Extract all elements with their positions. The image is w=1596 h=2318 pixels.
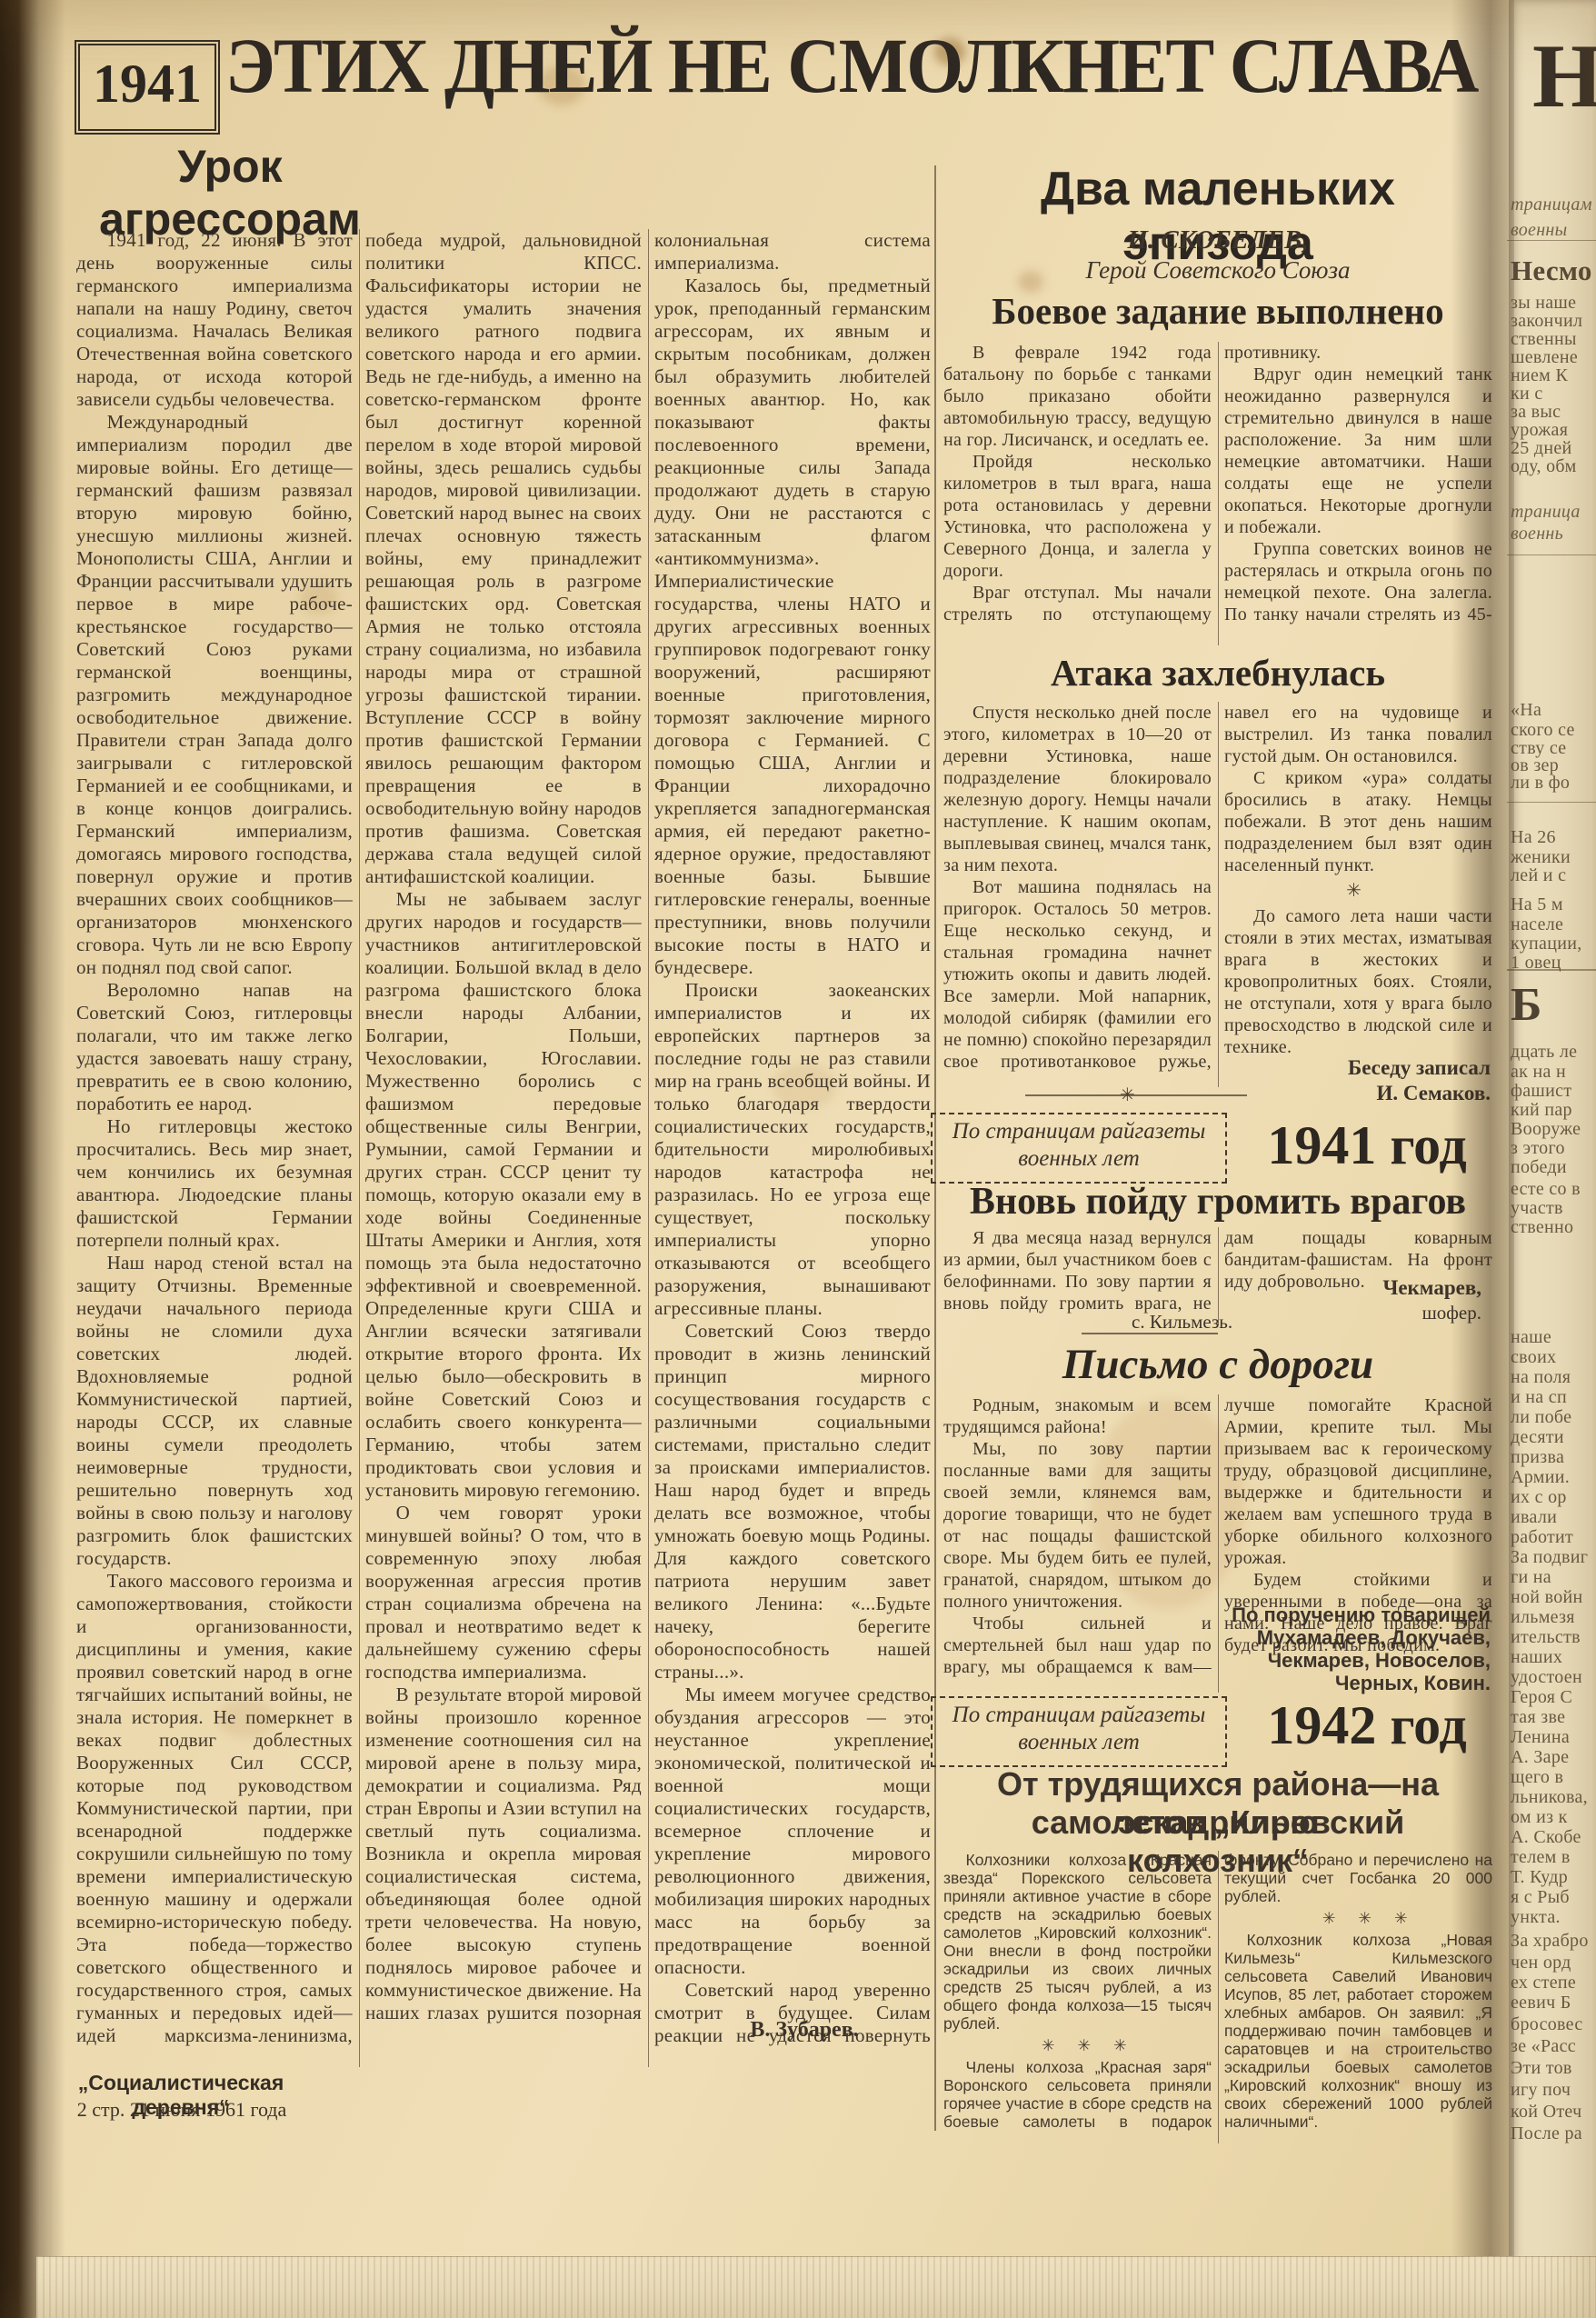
byline-author-title: Герой Советского Союза bbox=[943, 256, 1492, 285]
paragraph: 1941 год, 22 июня. В этот день вооруженн… bbox=[76, 229, 353, 411]
next-page-text-fragment: я с Рыб bbox=[1511, 1887, 1570, 1908]
paragraph: Мы, по зову партии посланные вами для за… bbox=[943, 1438, 1212, 1613]
main-headline: ЭТИХ ДНЕЙ НЕ СМОЛКНЕТ СЛАВА bbox=[225, 20, 1421, 111]
next-page-text-fragment: Ленина bbox=[1511, 1727, 1570, 1748]
section-body-columns: Спустя несколько дней после этого, килом… bbox=[943, 702, 1492, 1087]
rubric-line-1: По страницам райгазеты bbox=[933, 1702, 1225, 1729]
next-page-text-fragment: еевич Б bbox=[1511, 1993, 1571, 2013]
signoff-names: Мухамадеев, Докучаев,Чекмарев, Новоселов… bbox=[1209, 1626, 1491, 1694]
book-spine-shadow bbox=[0, 0, 65, 2318]
next-page-text-fragment: десяти bbox=[1511, 1427, 1564, 1448]
next-page-text-fragment: купации, bbox=[1511, 934, 1582, 954]
article-body-columns: Колхозники колхоза „Красная звезда“ Поре… bbox=[943, 1851, 1492, 2143]
next-page-text-fragment: ли в фо bbox=[1511, 773, 1570, 794]
next-page-text-fragment: военнь bbox=[1511, 524, 1563, 545]
next-page-text-fragment: фашист bbox=[1511, 1081, 1571, 1102]
collective-signature: По поручению товарищей Мухамадеев, Докуч… bbox=[1209, 1604, 1491, 1694]
next-page-text-fragment: бросовес bbox=[1511, 2014, 1583, 2035]
next-page-text-fragment: Н bbox=[1532, 24, 1596, 128]
next-page-rule bbox=[1507, 555, 1596, 555]
next-page-text-fragment: кий пар bbox=[1511, 1100, 1572, 1121]
paragraph: Советский Союз твердо проводит в жизнь л… bbox=[654, 1320, 931, 1684]
next-page-text-fragment: траницам ра bbox=[1511, 195, 1596, 215]
paragraph: Казалось бы, предметный урок, преподанны… bbox=[654, 275, 931, 979]
section-heading-ataka: Атака захлебнулась bbox=[943, 651, 1492, 694]
next-page-text-fragment: призва bbox=[1511, 1447, 1564, 1468]
next-page-text-fragment: лей и с bbox=[1511, 865, 1566, 886]
next-page-text-fragment: ственно bbox=[1511, 1217, 1573, 1238]
next-page-text-fragment: Несмо bbox=[1511, 255, 1592, 287]
article-title: Вновь пойду громить врагов bbox=[943, 1180, 1492, 1224]
next-page-text-fragment: на поля bbox=[1511, 1367, 1571, 1388]
next-page-text-fragment: ной войн bbox=[1511, 1587, 1583, 1608]
paragraph: Происки заокеанских империалистов и их е… bbox=[654, 979, 931, 1320]
next-page-text-fragment: зе «Расс bbox=[1511, 2036, 1576, 2057]
year-box-1941: 1941 bbox=[75, 40, 220, 135]
paragraph: Мы не забываем заслуг других народов и г… bbox=[365, 888, 642, 1502]
next-page-text-fragment: наших bbox=[1511, 1647, 1562, 1668]
next-page-text-fragment: Б bbox=[1511, 978, 1542, 1032]
next-page-text-fragment: дцать ле bbox=[1511, 1042, 1577, 1063]
book-gutter-shadow bbox=[1451, 0, 1514, 2318]
next-page-strip: Нтраницам равоенныНесмозы нашезакончилст… bbox=[1501, 0, 1596, 2318]
next-page-text-fragment: игу поч bbox=[1511, 2080, 1571, 2101]
byline-author: И. СКОБЕЛЕВ, bbox=[943, 225, 1492, 255]
next-page-text-fragment: тая зве bbox=[1511, 1707, 1565, 1728]
next-page-text-fragment: траница bbox=[1511, 502, 1581, 523]
next-page-text-fragment: оду, обм bbox=[1511, 456, 1577, 477]
signoff-name-line: Мухамадеев, Докучаев, bbox=[1209, 1626, 1491, 1649]
next-page-text-fragment: Вооруже bbox=[1511, 1119, 1581, 1140]
paragraph: В феврале 1942 года батальону по борьбе … bbox=[943, 342, 1212, 451]
next-page-text-fragment: ивали bbox=[1511, 1507, 1557, 1528]
star-divider-rule: ✳ bbox=[1025, 1094, 1247, 1096]
star-icon: ✳ bbox=[1120, 1084, 1135, 1106]
next-page-text-fragment: «На bbox=[1511, 700, 1541, 721]
next-page-text-fragment: ги на bbox=[1511, 1567, 1551, 1588]
paragraph: Вероломно напав на Советский Союз, гитле… bbox=[76, 979, 353, 1115]
next-page-text-fragment: кой Отеч bbox=[1511, 2102, 1581, 2123]
next-page-text-fragment: льникова, bbox=[1511, 1787, 1588, 1808]
page-edges-texture bbox=[36, 2256, 1596, 2318]
paragraph: О чем говорят уроки минувшей войны? О то… bbox=[365, 1502, 642, 1684]
paragraph: Наш народ стеной встал на защиту Отчизны… bbox=[76, 1252, 353, 1570]
section-heading-boevoe: Боевое задание выполнено bbox=[943, 289, 1492, 333]
next-page-rule bbox=[1507, 969, 1596, 971]
rubric-box-1942: По страницам райгазеты военных лет bbox=[931, 1696, 1227, 1767]
article-title: Письмо с дороги bbox=[943, 1340, 1492, 1389]
paragraph: Пройдя несколько километров в тыл врага,… bbox=[943, 451, 1212, 582]
section-body-columns: В феврале 1942 года батальону по борьбе … bbox=[943, 342, 1492, 645]
next-page-text-fragment: На 26 bbox=[1511, 827, 1556, 848]
next-page-text-fragment: военны bbox=[1511, 220, 1567, 241]
paragraph: Колхозники колхоза „Красная звезда“ Поре… bbox=[943, 1851, 1212, 2033]
next-page-text-fragment: телем в bbox=[1511, 1847, 1571, 1868]
signoff-name-line: Чекмарев, Новоселов, bbox=[1209, 1649, 1491, 1672]
next-page-text-fragment: ильмезя bbox=[1511, 1607, 1575, 1628]
next-page-text-fragment: А. Скобе bbox=[1511, 1827, 1581, 1848]
paragraph: Международный империализм породил две ми… bbox=[76, 411, 353, 979]
paragraph: Спустя несколько дней после этого, килом… bbox=[943, 702, 1212, 876]
place-name: с. Кильмезь. bbox=[1132, 1311, 1286, 1334]
rubric-line-2: военных лет bbox=[933, 1145, 1225, 1173]
next-page-text-fragment: Эти тов bbox=[1511, 2058, 1572, 2079]
section-divider-rule bbox=[1082, 1333, 1218, 1334]
next-page-text-fragment: ак на н bbox=[1511, 1062, 1566, 1083]
next-page-text-fragment: ли побе bbox=[1511, 1407, 1571, 1428]
next-page-text-fragment: щего в bbox=[1511, 1767, 1563, 1788]
next-page-text-fragment: Армии. bbox=[1511, 1467, 1570, 1488]
next-page-text-fragment: победи bbox=[1511, 1157, 1567, 1178]
next-page-text-fragment: и на сп bbox=[1511, 1387, 1567, 1408]
next-page-text-fragment: ункта. bbox=[1511, 1907, 1561, 1928]
next-page-text-fragment: ех степе bbox=[1511, 1973, 1576, 1993]
footnote-date: 2 стр. 21 июня 1961 года bbox=[64, 2098, 300, 2122]
author-signature: В. Зубарев. bbox=[691, 2018, 918, 2043]
signoff-name-line: Черных, Ковин. bbox=[1209, 1672, 1491, 1694]
next-page-text-fragment: Героя С bbox=[1511, 1687, 1572, 1708]
next-page-text-fragment: На 5 м bbox=[1511, 894, 1563, 915]
next-page-text-fragment: ом из к bbox=[1511, 1807, 1568, 1828]
paragraph: Но гитлеровцы жестоко просчитались. Весь… bbox=[76, 1115, 353, 1252]
next-page-text-fragment: чен орд bbox=[1511, 1953, 1571, 1973]
next-page-text-fragment: участв bbox=[1511, 1198, 1563, 1219]
next-page-text-fragment: За храбро bbox=[1511, 1931, 1589, 1952]
next-page-rule bbox=[1507, 240, 1596, 241]
paragraph: Мы имеем могучее средство обуздания агре… bbox=[654, 1684, 931, 1979]
next-page-rule bbox=[1507, 802, 1596, 803]
next-page-text-fragment: За подвиг bbox=[1511, 1547, 1588, 1568]
next-page-text-fragment: своих bbox=[1511, 1347, 1556, 1368]
signoff-heading: По поручению товарищей bbox=[1209, 1604, 1491, 1626]
rubric-box-1941: По страницам райгазеты военных лет bbox=[931, 1113, 1227, 1184]
next-page-text-fragment: населе bbox=[1511, 914, 1563, 935]
article-body-columns: 1941 год, 22 июня. В этот день вооруженн… bbox=[76, 229, 931, 2067]
paragraph: Родным, знакомым и всем трудящимся район… bbox=[943, 1394, 1212, 1438]
next-page-text-fragment: есте со в bbox=[1511, 1179, 1581, 1200]
rubric-line-2: военных лет bbox=[933, 1729, 1225, 1756]
paragraph: ✳ ✳ ✳ bbox=[943, 2036, 1212, 2054]
next-page-text-fragment: После ра bbox=[1511, 2123, 1582, 2144]
next-page-text-fragment: Т. Кудр bbox=[1511, 1867, 1568, 1888]
next-page-text-fragment: А. Заре bbox=[1511, 1747, 1569, 1768]
next-page-text-fragment: работит bbox=[1511, 1527, 1573, 1548]
next-page-text-fragment: з этого bbox=[1511, 1138, 1565, 1159]
next-page-text-fragment: их с ор bbox=[1511, 1487, 1567, 1508]
newspaper-page: 1941 ЭТИХ ДНЕЙ НЕ СМОЛКНЕТ СЛАВА Урок аг… bbox=[0, 0, 1596, 2318]
next-page-text-fragment: удостоен bbox=[1511, 1667, 1582, 1688]
next-page-text-fragment: наше bbox=[1511, 1327, 1551, 1348]
rubric-line-1: По страницам райгазеты bbox=[933, 1118, 1225, 1145]
next-page-text-fragment: ительств bbox=[1511, 1627, 1581, 1648]
